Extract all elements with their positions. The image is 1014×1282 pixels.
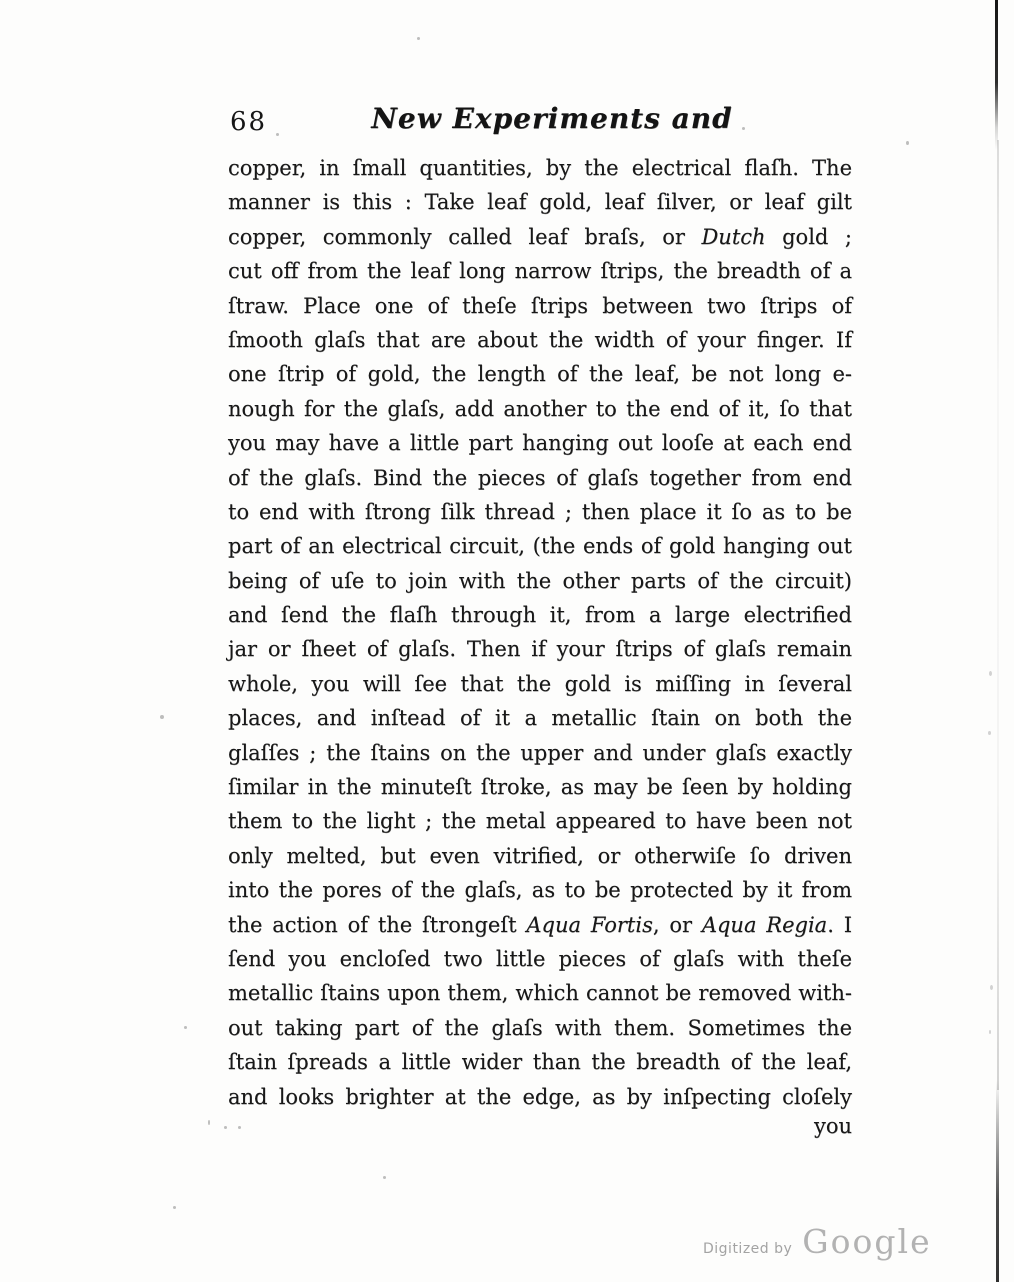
text-line: only melted, but even vitrified, or othe… [228, 839, 852, 873]
text-line: to end with ſtrong ſilk thread ; then pl… [228, 495, 852, 529]
text-line: manner is this : Take leaf gold, leaf ſi… [228, 185, 852, 219]
text-line: places, and inſtead of it a metallic ſta… [228, 701, 852, 735]
scan-speck [989, 1030, 991, 1034]
scan-edge-line-middle [997, 140, 999, 1090]
text-line: the action of the ſtrongeſt Aqua Fortis,… [228, 908, 852, 942]
text-line: ſmooth glaſs that are about the width of… [228, 323, 852, 357]
scan-speck [742, 127, 745, 130]
scan-speck [383, 1176, 386, 1179]
text-line: ſtain ſpreads a little wider than the br… [228, 1045, 852, 1079]
text-line: nough for the glaſs, add another to the … [228, 392, 852, 426]
scan-speck [276, 133, 279, 136]
page-header: 68 New Experiments and [228, 102, 852, 144]
text-line: of the glaſs. Bind the pieces of glaſs t… [228, 461, 852, 495]
text-line: copper, in ſmall quantities, by the elec… [228, 151, 852, 185]
google-logo: Google [802, 1222, 931, 1261]
scan-speck [238, 1126, 241, 1129]
scan-speck [906, 141, 909, 145]
text-line: copper, commonly called leaf braſs, or D… [228, 220, 852, 254]
text-line: ſtraw. Place one of theſe ſtrips between… [228, 289, 852, 323]
text-line: jar or ſheet of glaſs. Then if your ſtri… [228, 632, 852, 666]
catchword: you [814, 1114, 852, 1138]
text-line: cut off from the leaf long narrow ſtrips… [228, 254, 852, 288]
scan-speck [417, 37, 420, 40]
scan-speck [173, 1206, 176, 1209]
scan-speck [208, 1120, 210, 1125]
text-line: ſend you encloſed two little pieces of g… [228, 942, 852, 976]
text-line: them to the light ; the metal appeared t… [228, 804, 852, 838]
running-header: New Experiments and [252, 102, 852, 135]
text-line: being of uſe to join with the other part… [228, 564, 852, 598]
scan-speck [988, 731, 991, 735]
text-line: metallic ſtains upon them, which cannot … [228, 976, 852, 1010]
catchword-row: you [228, 1109, 852, 1143]
text-line: and ſend the flaſh through it, from a la… [228, 598, 852, 632]
scan-speck [160, 715, 164, 719]
text-line: glaſſes ; the ſtains on the upper and un… [228, 736, 852, 770]
scan-speck [184, 1026, 187, 1029]
text-line: you may have a little part hanging out l… [228, 426, 852, 460]
body-text: copper, in ſmall quantities, by the elec… [228, 151, 852, 1114]
digitized-by-label: Digitized by [703, 1241, 792, 1257]
scan-speck [224, 1126, 227, 1129]
scan-edge-line-top [995, 0, 998, 150]
scan-speck [989, 671, 992, 676]
text-line: part of an electrical circuit, (the ends… [228, 529, 852, 563]
text-line: whole, you will ſee that the gold is miſ… [228, 667, 852, 701]
scan-speck [990, 985, 993, 990]
google-watermark: Digitized by Google [703, 1222, 932, 1261]
text-line: one ſtrip of gold, the length of the lea… [228, 357, 852, 391]
book-page-scan: 68 New Experiments and copper, in ſmall … [0, 0, 1014, 1282]
text-line: into the pores of the glaſs, as to be pr… [228, 873, 852, 907]
text-line: ſimilar in the minuteſt ſtroke, as may b… [228, 770, 852, 804]
scan-edge-line-bottom [996, 1080, 999, 1282]
text-line: out taking part of the glaſs with them. … [228, 1011, 852, 1045]
